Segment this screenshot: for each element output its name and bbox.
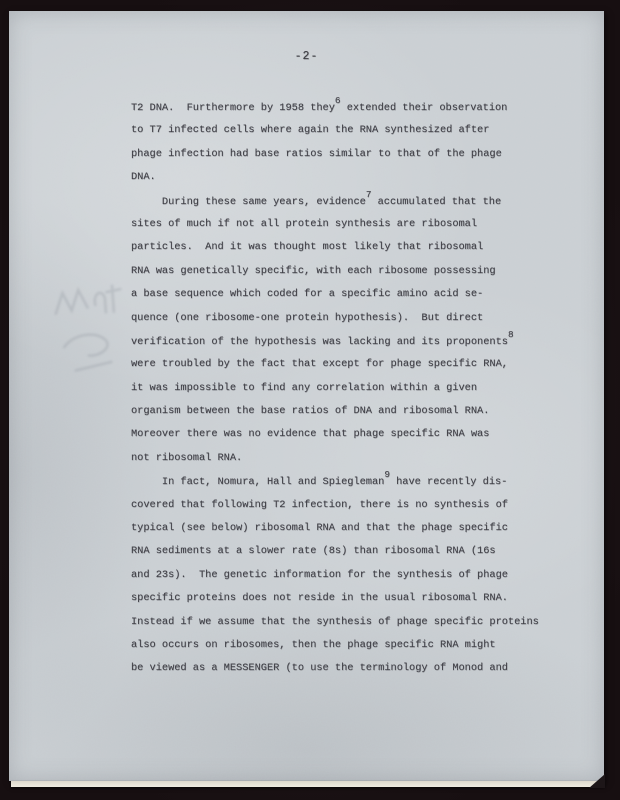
typed-text: it was impossible to find any correlatio… [131, 382, 477, 394]
typed-line: specific proteins does not reside in the… [131, 587, 571, 610]
typed-text: phage infection had base ratios similar … [131, 148, 502, 160]
typed-line: RNA sediments at a slower rate (8s) than… [131, 540, 571, 563]
typed-line: typical (see below) ribosomal RNA and th… [131, 517, 571, 540]
typed-text: not ribosomal RNA. [131, 452, 242, 464]
typed-line: Moreover there was no evidence that phag… [131, 423, 571, 446]
typed-line: a base sequence which coded for a specif… [131, 283, 571, 306]
superscript-reference: 9 [384, 469, 390, 480]
typed-line: particles. And it was thought most likel… [131, 236, 571, 259]
typed-text: be viewed as a MESSENGER (to use the ter… [131, 662, 508, 674]
typed-line: also occurs on ribosomes, then the phage… [131, 634, 571, 657]
superscript-reference: 7 [366, 189, 372, 200]
typed-text: specific proteins does not reside in the… [131, 592, 508, 604]
typed-line: Instead if we assume that the synthesis … [131, 611, 571, 634]
typed-line: During these same years, evidence7 accum… [131, 190, 571, 213]
typed-line: were troubled by the fact that except fo… [131, 353, 571, 376]
typed-line: verification of the hypothesis was lacki… [131, 330, 571, 353]
typed-text: particles. And it was thought most likel… [131, 241, 483, 253]
typed-text: T2 DNA. Furthermore by 1958 they [131, 102, 335, 114]
typed-text: DNA. [131, 171, 156, 183]
typed-text: typical (see below) ribosomal RNA and th… [131, 522, 508, 534]
typed-text-block: T2 DNA. Furthermore by 1958 they6 extend… [131, 96, 571, 681]
faint-pencil-marks [45, 270, 145, 388]
typed-line: T2 DNA. Furthermore by 1958 they6 extend… [131, 96, 571, 119]
typed-line: not ribosomal RNA. [131, 447, 571, 470]
page-edge-highlight [11, 781, 605, 787]
typed-text: covered that following T2 infection, the… [131, 499, 508, 511]
typed-text: a base sequence which coded for a specif… [131, 288, 483, 300]
typed-line: sites of much if not all protein synthes… [131, 213, 571, 236]
typed-line: quence (one ribosome-one protein hypothe… [131, 307, 571, 330]
typed-text: In fact, Nomura, Hall and Spiegleman [131, 476, 384, 488]
typed-line: it was impossible to find any correlatio… [131, 377, 571, 400]
typed-text: organism between the base ratios of DNA … [131, 405, 489, 417]
typed-line: In fact, Nomura, Hall and Spiegleman9 ha… [131, 470, 571, 493]
typed-text: to T7 infected cells where again the RNA… [131, 124, 489, 136]
page-corner-notch [589, 774, 605, 788]
typed-line: and 23s). The genetic information for th… [131, 564, 571, 587]
typed-text: Moreover there was no evidence that phag… [131, 428, 489, 440]
typed-text: accumulated that the [371, 196, 501, 208]
typed-text: quence (one ribosome-one protein hypothe… [131, 312, 483, 324]
typed-text: and 23s). The genetic information for th… [131, 569, 508, 581]
typed-text: verification of the hypothesis was lacki… [131, 336, 508, 348]
typed-line: RNA was genetically specific, with each … [131, 260, 571, 283]
typed-text: RNA was genetically specific, with each … [131, 265, 496, 277]
typed-text: extended their observation [341, 102, 508, 114]
document-page: -2- T2 DNA. Furthermore by 1958 they6 ex… [9, 11, 604, 781]
typed-line: covered that following T2 infection, the… [131, 494, 571, 517]
typed-text: sites of much if not all protein synthes… [131, 218, 477, 230]
typed-text: were troubled by the fact that except fo… [131, 358, 508, 370]
typed-line: to T7 infected cells where again the RNA… [131, 119, 571, 142]
typed-line: DNA. [131, 166, 571, 189]
typed-text: Instead if we assume that the synthesis … [131, 616, 539, 628]
typed-text: During these same years, evidence [131, 196, 366, 208]
typed-line: be viewed as a MESSENGER (to use the ter… [131, 657, 571, 680]
typed-text: have recently dis- [390, 476, 507, 488]
typed-text: RNA sediments at a slower rate (8s) than… [131, 545, 496, 557]
superscript-reference: 6 [335, 95, 341, 106]
page-number: -2- [9, 50, 604, 63]
typed-text: also occurs on ribosomes, then the phage… [131, 639, 496, 651]
typed-line: phage infection had base ratios similar … [131, 143, 571, 166]
typed-line: organism between the base ratios of DNA … [131, 400, 571, 423]
scan-background: -2- T2 DNA. Furthermore by 1958 they6 ex… [0, 0, 620, 800]
superscript-reference: 8 [508, 329, 514, 340]
